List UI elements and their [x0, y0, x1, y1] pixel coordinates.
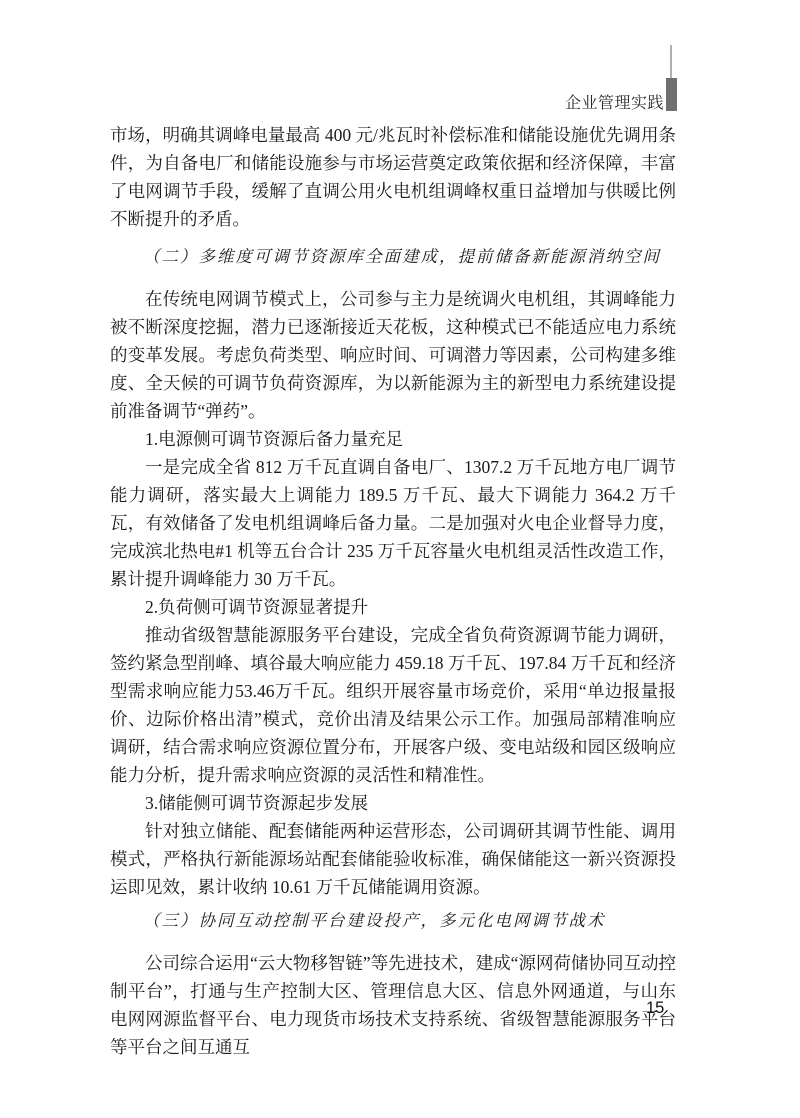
page-body: 市场，明确其调峰电量最高 400 元/兆瓦时补偿标准和储能设施优先调用条件，为自…	[110, 121, 676, 1061]
paragraph: 在传统电网调节模式上，公司参与主力是统调火电机组，其调峰能力被不断深度挖掘，潜力…	[110, 285, 676, 425]
paragraph: 针对独立储能、配套储能两种运营形态，公司调研其调节性能、调用模式，严格执行新能源…	[110, 817, 676, 901]
page-number: 15	[646, 999, 664, 1018]
section-heading-3: （三）协同互动控制平台建设投产，多元化电网调节战术	[110, 907, 676, 935]
header-rule-thick	[666, 78, 677, 111]
paragraph-continuation: 市场，明确其调峰电量最高 400 元/兆瓦时补偿标准和储能设施优先调用条件，为自…	[110, 121, 676, 233]
paragraph: 一是完成全省 812 万千瓦直调自备电厂、1307.2 万千瓦地方电厂调节能力调…	[110, 453, 676, 593]
numbered-heading-1: 1.电源侧可调节资源后备力量充足	[110, 425, 676, 453]
paragraph: 推动省级智慧能源服务平台建设，完成全省负荷资源调节能力调研，签约紧急型削峰、填谷…	[110, 621, 676, 789]
section-heading-2: （二）多维度可调节资源库全面建成，提前储备新能源消纳空间	[110, 243, 676, 271]
document-page: 企业管理实践 市场，明确其调峰电量最高 400 元/兆瓦时补偿标准和储能设施优先…	[0, 0, 800, 1118]
numbered-heading-2: 2.负荷侧可调节资源显著提升	[110, 593, 676, 621]
paragraph: 公司综合运用“云大物移智链”等先进技术，建成“源网荷储协同互动控制平台”，打通与…	[110, 949, 676, 1061]
numbered-heading-3: 3.储能侧可调节资源起步发展	[110, 789, 676, 817]
running-header-title: 企业管理实践	[565, 90, 664, 113]
header-rule-thin	[670, 45, 672, 78]
